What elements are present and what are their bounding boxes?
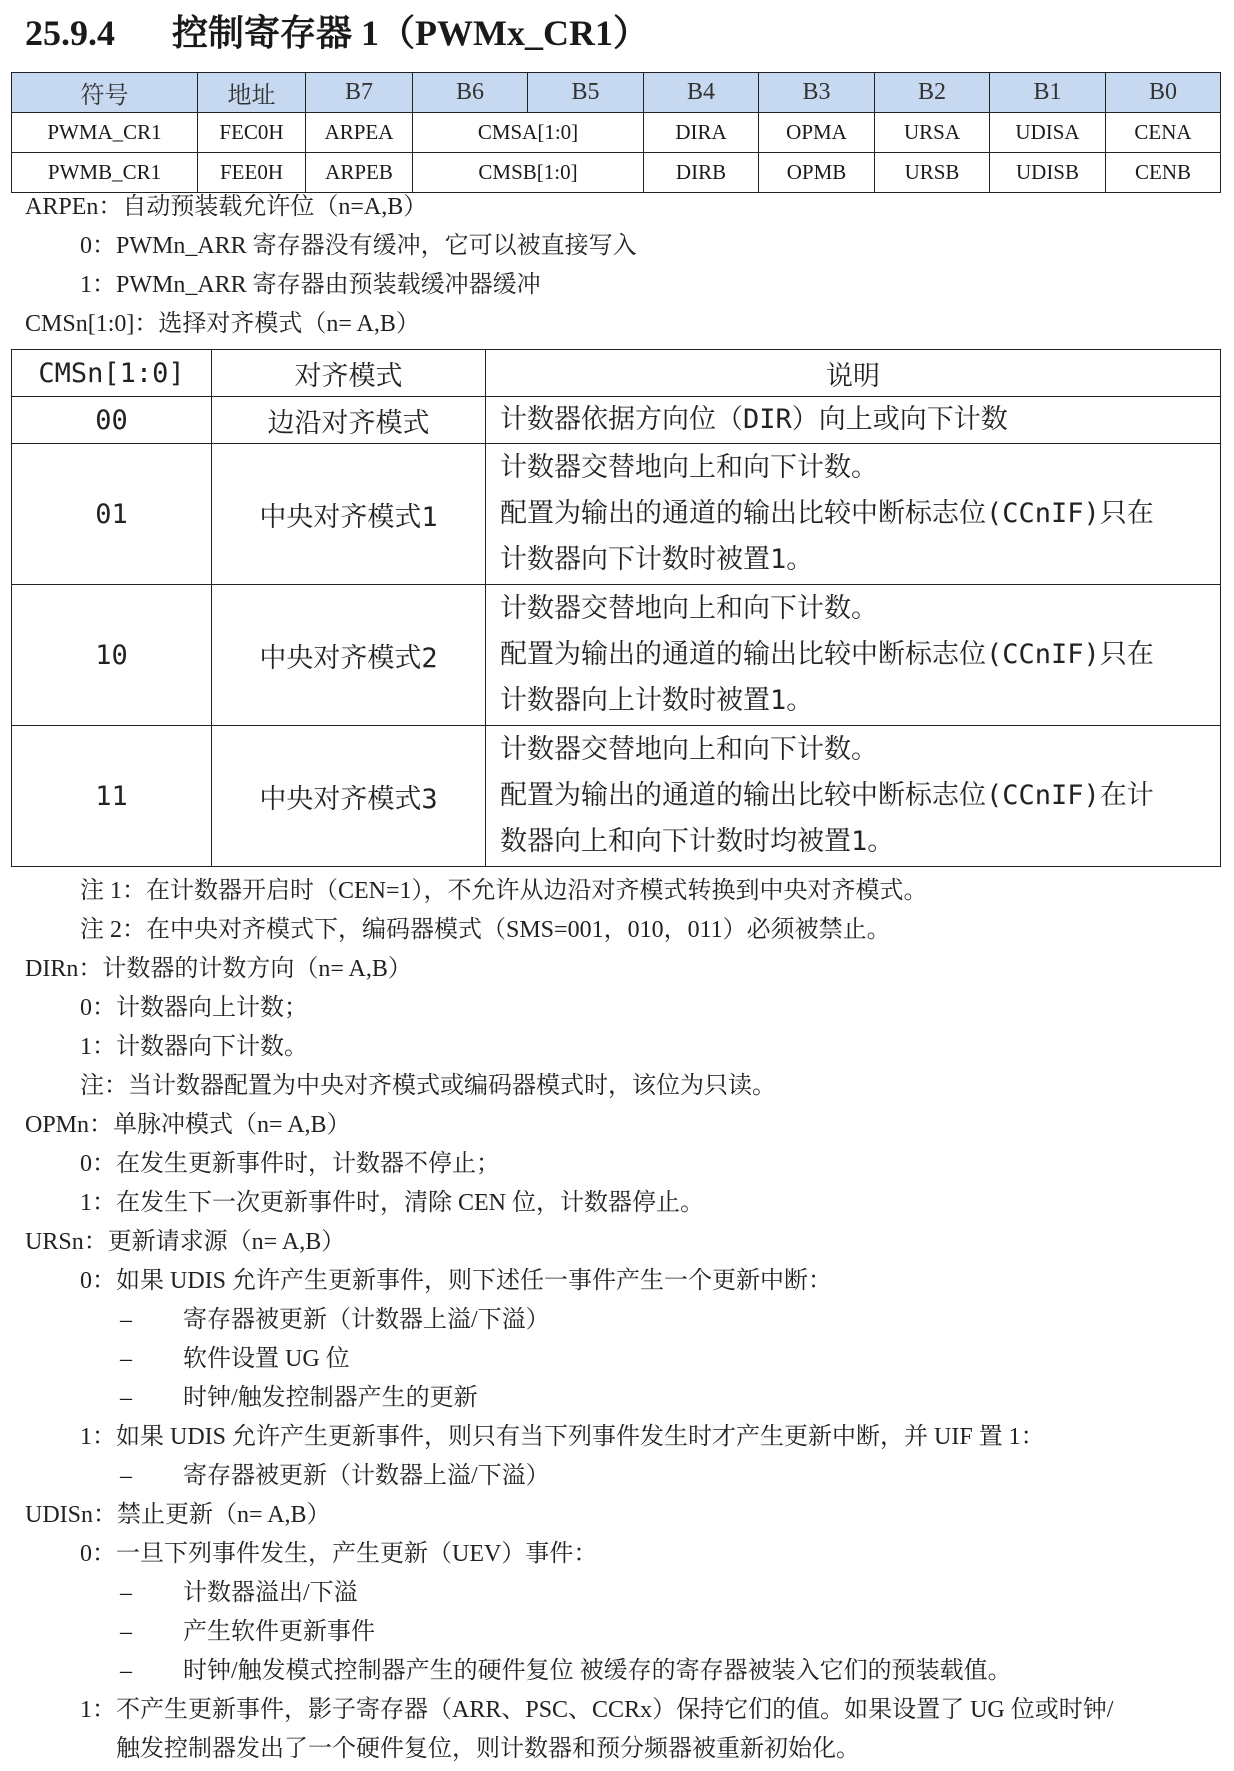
- header-cell: B0: [1106, 73, 1221, 113]
- dash-bullet: –: [120, 1652, 132, 1691]
- cms-mode-cell: 中央对齐模式1: [212, 444, 486, 585]
- opm-heading: OPMn：单脉冲模式（n= A,B）: [25, 1106, 351, 1145]
- address-cell: FEC0H: [198, 113, 306, 153]
- cms-desc-cell: 计数器依据方向位（DIR）向上或向下计数: [486, 397, 1221, 444]
- symbol-cell: PWMA_CR1: [12, 113, 198, 153]
- table-row: PWMA_CR1 FEC0H ARPEA CMSA[1:0] DIRA OPMA…: [12, 113, 1221, 153]
- udis-v0-item: 产生软件更新事件: [183, 1613, 375, 1652]
- dir-heading: DIRn：计数器的计数方向（n= A,B）: [25, 950, 412, 989]
- header-cell: 对齐模式: [212, 350, 486, 397]
- cms-heading: CMSn[1:0]：选择对齐模式（n= A,B）: [25, 305, 420, 344]
- cms-value-cell: 10: [12, 585, 212, 726]
- cms-value-cell: 00: [12, 397, 212, 444]
- urs-v1-item: 寄存器被更新（计数器上溢/下溢）: [183, 1457, 550, 1496]
- dir-note: 注：当计数器配置为中央对齐模式或编码器模式时，该位为只读。: [80, 1067, 776, 1106]
- urs-value-1: 1：如果 UDIS 允许产生更新事件，则只有当下列事件发生时才产生更新中断，并 …: [80, 1418, 1045, 1457]
- dash-bullet: –: [120, 1457, 132, 1496]
- urs-value-0: 0：如果 UDIS 允许产生更新事件，则下述任一事件产生一个更新中断：: [80, 1262, 832, 1301]
- arpe-value-1: 1：PWMn_ARR 寄存器由预装载缓冲器缓冲: [80, 266, 541, 305]
- opm-value-0: 0：在发生更新事件时，计数器不停止；: [80, 1145, 500, 1184]
- header-cell: B4: [644, 73, 759, 113]
- bit-cell: ARPEA: [306, 113, 413, 153]
- cms-note-2: 注 2：在中央对齐模式下，编码器模式（SMS=001，010，011）必须被禁止…: [80, 911, 891, 950]
- dash-bullet: –: [120, 1379, 132, 1418]
- header-cell: B2: [875, 73, 990, 113]
- bit-cell: DIRB: [644, 153, 759, 193]
- desc-line: 计数器交替地向上和向下计数。: [500, 586, 1220, 632]
- cms-table-header: CMSn[1:0] 对齐模式 说明: [12, 350, 1221, 397]
- arpe-value-0: 0：PWMn_ARR 寄存器没有缓冲，它可以被直接写入: [80, 227, 637, 266]
- header-cell: B5: [528, 73, 644, 113]
- cms-mode-cell: 中央对齐模式2: [212, 585, 486, 726]
- section-number: 25.9.4: [25, 8, 172, 58]
- udis-v0-item: 计数器溢出/下溢: [183, 1574, 358, 1613]
- header-cell: B7: [306, 73, 413, 113]
- cms-mode-table: CMSn[1:0] 对齐模式 说明 00 边沿对齐模式 计数器依据方向位（DIR…: [11, 349, 1221, 867]
- dash-bullet: –: [120, 1340, 132, 1379]
- table-row: 01 中央对齐模式1 计数器交替地向上和向下计数。 配置为输出的通道的输出比较中…: [12, 444, 1221, 585]
- udis-heading: UDISn：禁止更新（n= A,B）: [25, 1496, 331, 1535]
- cms-value-cell: 01: [12, 444, 212, 585]
- bit-cell: UDISB: [990, 153, 1106, 193]
- bit-cell: URSA: [875, 113, 990, 153]
- bit-cell: URSB: [875, 153, 990, 193]
- bit-cell: CENB: [1106, 153, 1221, 193]
- dash-bullet: –: [120, 1301, 132, 1340]
- header-cell: 说明: [486, 350, 1221, 397]
- section-title: 25.9.4控制寄存器 1（PWMx_CR1）: [25, 8, 649, 58]
- desc-line: 配置为输出的通道的输出比较中断标志位(CCnIF)只在: [500, 632, 1220, 678]
- register-table: 符号 地址 B7 B6 B5 B4 B3 B2 B1 B0 PWMA_CR1 F…: [11, 72, 1221, 193]
- udis-value-1-cont: 触发控制器发出了一个硬件复位，则计数器和预分频器被重新初始化。: [116, 1730, 860, 1769]
- urs-v0-item: 寄存器被更新（计数器上溢/下溢）: [183, 1301, 550, 1340]
- bit-cell: CMSB[1:0]: [413, 153, 644, 193]
- header-cell: 符号: [12, 73, 198, 113]
- desc-line: 计数器向下计数时被置1。: [500, 537, 1220, 583]
- section-title-text: 控制寄存器 1（PWMx_CR1）: [172, 13, 649, 53]
- header-cell: B1: [990, 73, 1106, 113]
- register-table-header: 符号 地址 B7 B6 B5 B4 B3 B2 B1 B0: [12, 73, 1221, 113]
- udis-value-0: 0：一旦下列事件发生，产生更新（UEV）事件：: [80, 1535, 597, 1574]
- bit-cell: DIRA: [644, 113, 759, 153]
- desc-line: 计数器交替地向上和向下计数。: [500, 445, 1220, 491]
- udis-v0-item: 时钟/触发模式控制器产生的硬件复位 被缓存的寄存器被装入它们的预装载值。: [183, 1652, 1012, 1691]
- urs-v0-item: 软件设置 UG 位: [183, 1340, 350, 1379]
- table-row: 11 中央对齐模式3 计数器交替地向上和向下计数。 配置为输出的通道的输出比较中…: [12, 726, 1221, 867]
- opm-value-1: 1：在发生下一次更新事件时，清除 CEN 位，计数器停止。: [80, 1184, 704, 1223]
- cms-desc-cell: 计数器交替地向上和向下计数。 配置为输出的通道的输出比较中断标志位(CCnIF)…: [486, 585, 1221, 726]
- dir-value-0: 0：计数器向上计数；: [80, 989, 308, 1028]
- cms-mode-cell: 中央对齐模式3: [212, 726, 486, 867]
- header-cell: CMSn[1:0]: [12, 350, 212, 397]
- bit-cell: CMSA[1:0]: [413, 113, 644, 153]
- header-cell: 地址: [198, 73, 306, 113]
- desc-line: 数器向上和向下计数时均被置1。: [500, 819, 1220, 865]
- urs-v0-item: 时钟/触发控制器产生的更新: [183, 1379, 478, 1418]
- desc-line: 配置为输出的通道的输出比较中断标志位(CCnIF)在计: [500, 773, 1220, 819]
- bit-cell: UDISA: [990, 113, 1106, 153]
- desc-line: 配置为输出的通道的输出比较中断标志位(CCnIF)只在: [500, 491, 1220, 537]
- desc-line: 计数器依据方向位（DIR）向上或向下计数: [500, 397, 1220, 443]
- cms-note-1: 注 1：在计数器开启时（CEN=1），不允许从边沿对齐模式转换到中央对齐模式。: [80, 872, 928, 911]
- address-cell: FEE0H: [198, 153, 306, 193]
- desc-line: 计数器交替地向上和向下计数。: [500, 727, 1220, 773]
- header-cell: B3: [759, 73, 875, 113]
- desc-line: 计数器向上计数时被置1。: [500, 678, 1220, 724]
- bit-cell: CENA: [1106, 113, 1221, 153]
- cms-desc-cell: 计数器交替地向上和向下计数。 配置为输出的通道的输出比较中断标志位(CCnIF)…: [486, 726, 1221, 867]
- dash-bullet: –: [120, 1574, 132, 1613]
- udis-value-1: 1：不产生更新事件，影子寄存器（ARR、PSC、CCRx）保持它们的值。如果设置…: [80, 1691, 1113, 1730]
- bit-cell: OPMB: [759, 153, 875, 193]
- cms-desc-cell: 计数器交替地向上和向下计数。 配置为输出的通道的输出比较中断标志位(CCnIF)…: [486, 444, 1221, 585]
- dir-value-1: 1：计数器向下计数。: [80, 1028, 308, 1067]
- arpe-heading: ARPEn：自动预装载允许位（n=A,B）: [25, 188, 427, 227]
- dash-bullet: –: [120, 1613, 132, 1652]
- urs-heading: URSn：更新请求源（n= A,B）: [25, 1223, 345, 1262]
- cms-mode-cell: 边沿对齐模式: [212, 397, 486, 444]
- table-row: 10 中央对齐模式2 计数器交替地向上和向下计数。 配置为输出的通道的输出比较中…: [12, 585, 1221, 726]
- symbol-cell: PWMB_CR1: [12, 153, 198, 193]
- cms-value-cell: 11: [12, 726, 212, 867]
- bit-cell: ARPEB: [306, 153, 413, 193]
- header-cell: B6: [413, 73, 528, 113]
- bit-cell: OPMA: [759, 113, 875, 153]
- table-row: 00 边沿对齐模式 计数器依据方向位（DIR）向上或向下计数: [12, 397, 1221, 444]
- table-row: PWMB_CR1 FEE0H ARPEB CMSB[1:0] DIRB OPMB…: [12, 153, 1221, 193]
